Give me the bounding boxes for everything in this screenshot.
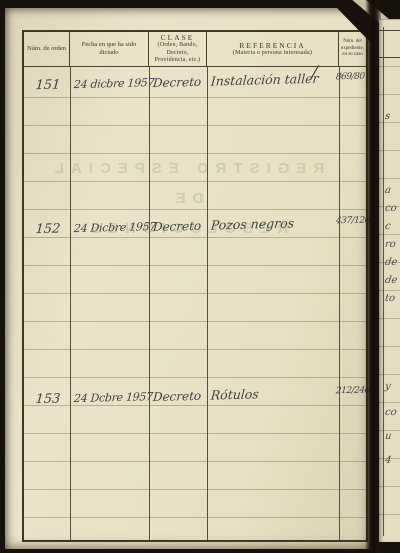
pen-mark: / — [311, 63, 318, 83]
row-clase: Decreto — [152, 389, 201, 404]
header-referencia: REFERENCIA (Materia o persona interesada… — [207, 32, 339, 66]
header-num-orden: Núm. de orden — [24, 32, 70, 66]
column-divider — [207, 66, 208, 540]
row-clase: Decreto — [152, 219, 201, 234]
row-expediente: 869/80 — [335, 72, 364, 83]
next-page-rule — [379, 57, 400, 58]
handwriting-fragment: ro — [384, 239, 396, 250]
header-clase: CLASE (Orden, Bando, Decreto, Providenci… — [149, 32, 207, 66]
table-row: 152 24 Dicbre 1957 Decreto Pozos negros … — [24, 214, 367, 247]
next-page-edge: s a co c ro de de to y co u 4 — [379, 19, 400, 542]
row-fecha: 24 Dcbre 1957 — [73, 390, 153, 405]
next-page-rule — [379, 30, 400, 31]
handwriting-fragment: 4 — [384, 455, 392, 466]
header-num-expediente: Núm. del expediente, en su caso — [339, 32, 366, 66]
row-num: 151 — [27, 77, 68, 93]
handwriting-fragment: y — [384, 381, 391, 392]
row-num: 153 — [27, 391, 68, 407]
handwriting-fragment: s — [384, 111, 391, 122]
table-row: 151 24 dicbre 1957 Decreto Instalación t… — [24, 70, 367, 103]
row-fecha: 24 dicbre 1957 — [73, 76, 154, 91]
row-referencia: Pozos negros — [210, 215, 294, 232]
column-divider — [70, 66, 71, 540]
main-page: REGISTRO ESPECIAL DE RESOLUCIONES Núm. d… — [5, 8, 371, 549]
table-body: 151 24 dicbre 1957 Decreto Instalación t… — [24, 66, 366, 540]
handwriting-fragment: u — [384, 431, 392, 442]
row-clase: Decreto — [152, 75, 201, 90]
table-row: 153 24 Dcbre 1957 Decreto Rótulos 212/24… — [24, 384, 367, 417]
row-fecha: 24 Dicbre 1957 — [73, 220, 156, 235]
handwriting-fragment: co — [384, 407, 397, 418]
header-fecha: Fecha en que ha sido dictado — [70, 32, 149, 66]
handwriting-fragment: c — [384, 221, 391, 232]
handwriting-fragment: co — [384, 203, 397, 214]
registry-table: Núm. de orden Fecha en que ha sido dicta… — [22, 30, 368, 542]
table-header-row: Núm. de orden Fecha en que ha sido dicta… — [24, 32, 366, 67]
row-num: 152 — [27, 221, 68, 237]
scanned-ledger-page: REGISTRO ESPECIAL DE RESOLUCIONES Núm. d… — [0, 0, 400, 553]
column-divider — [149, 66, 150, 540]
row-referencia: Instalación taller — [210, 71, 319, 89]
handwriting-fragment: de — [384, 257, 398, 268]
handwriting-fragment: a — [384, 185, 392, 196]
handwriting-fragment: de — [384, 275, 398, 286]
row-referencia: Rótulos — [210, 386, 259, 402]
column-divider — [339, 66, 340, 540]
handwriting-fragment: to — [384, 293, 396, 304]
